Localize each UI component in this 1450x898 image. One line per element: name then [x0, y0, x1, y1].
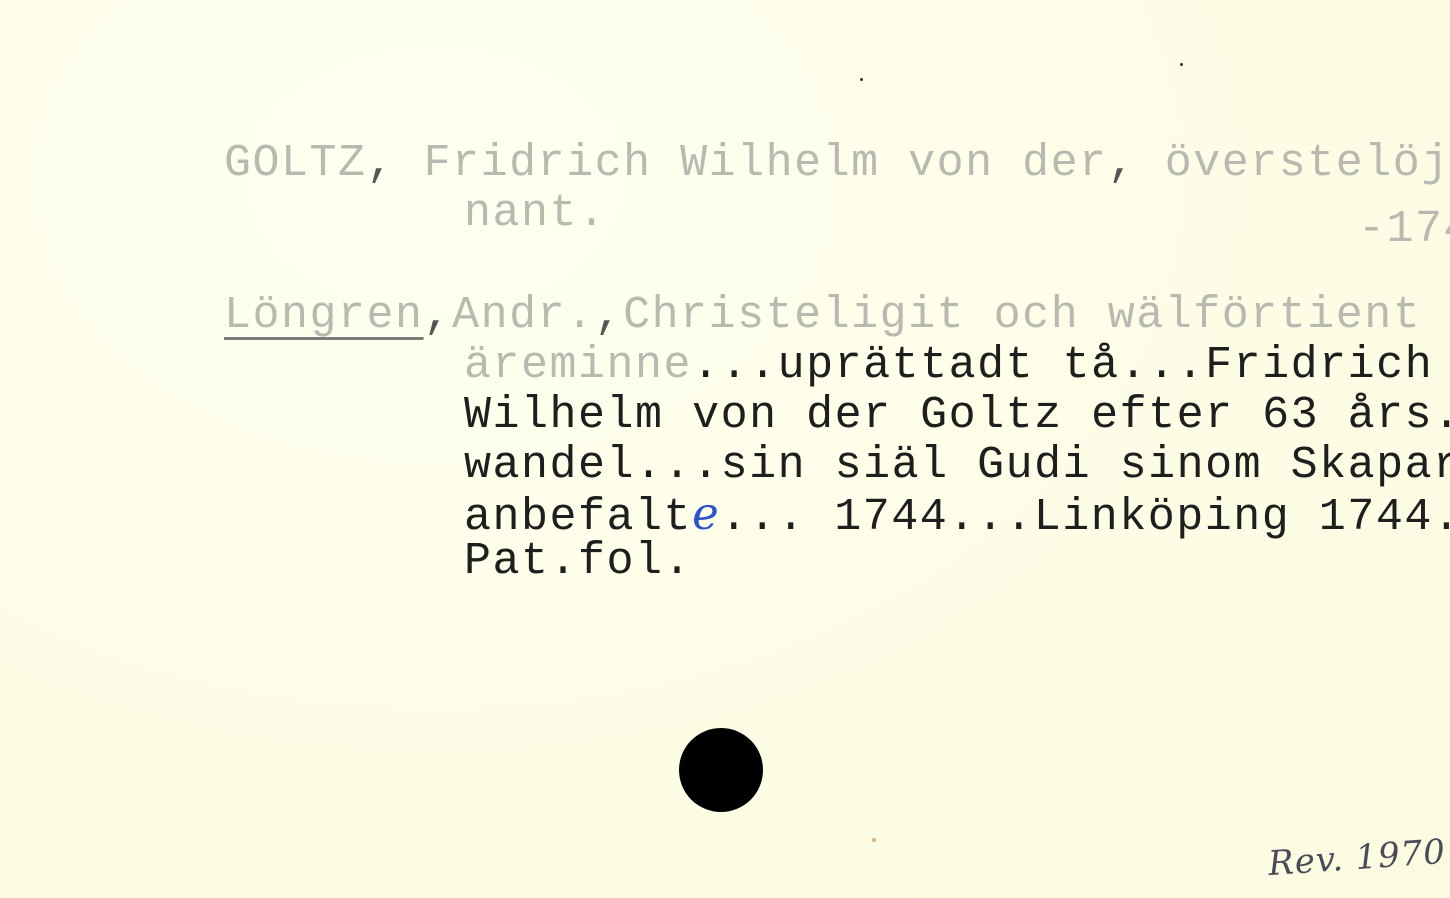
comma: ,: [1108, 138, 1137, 189]
reference-line5-b: ... 1744...Linköping 1744.: [720, 492, 1450, 543]
speck: [1180, 63, 1183, 66]
entry-title-part2: nant.: [464, 188, 607, 239]
punch-hole: [679, 728, 763, 812]
revision-note: Rev. 1970: [1267, 832, 1447, 884]
entry-surname: GOLTZ: [224, 138, 367, 189]
speck: [860, 78, 863, 81]
speck: [872, 838, 876, 842]
catalog-card: GOLTZ, Fridrich Wilhelm von der, överste…: [0, 0, 1450, 898]
reference-shelfmark: Pat.fol.: [464, 536, 692, 587]
handwritten-correction: e: [692, 487, 720, 540]
reference-line6: Pat.fol.: [350, 490, 692, 634]
